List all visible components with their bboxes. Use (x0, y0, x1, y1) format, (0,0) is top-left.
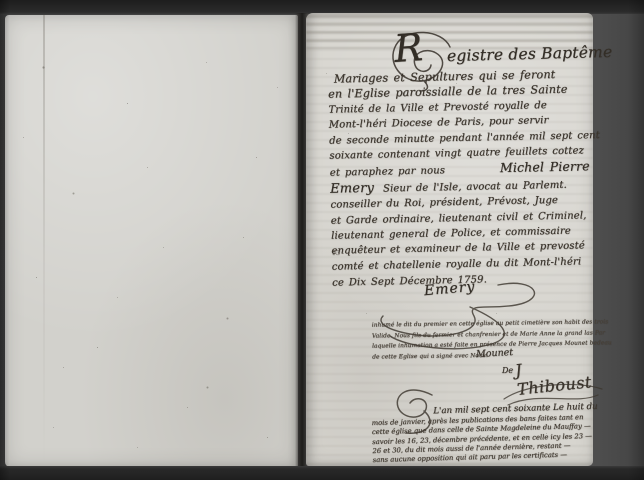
signature-mounet: Mounet (476, 347, 514, 360)
margin-mark: 13 (332, 249, 340, 257)
act-paragraph: L'an mil sept cent soixante Le huit du m… (371, 402, 595, 466)
paper-speckles (306, 13, 307, 14)
paper-speckles (5, 15, 6, 16)
countersignature-prefix: De (502, 366, 513, 375)
left-blank-page (5, 15, 298, 467)
register-line-part: et paraphez par nous (330, 164, 446, 182)
register-heading-text: Mariages et Sepultures qui se feront en … (328, 66, 593, 291)
flourish-stroke (504, 384, 602, 399)
page-crease (43, 15, 45, 467)
ornate-initial-letter: R (393, 28, 424, 68)
notary-name: Michel Pierre (500, 159, 590, 176)
scanner-background-bottom (0, 466, 644, 480)
right-written-page: R egistre des Baptême Mariages et Sepult… (306, 13, 593, 466)
notary-surname: Emery (330, 181, 374, 197)
scanner-background-top (0, 0, 644, 14)
archive-scan: R egistre des Baptême Mariages et Sepult… (0, 0, 644, 480)
